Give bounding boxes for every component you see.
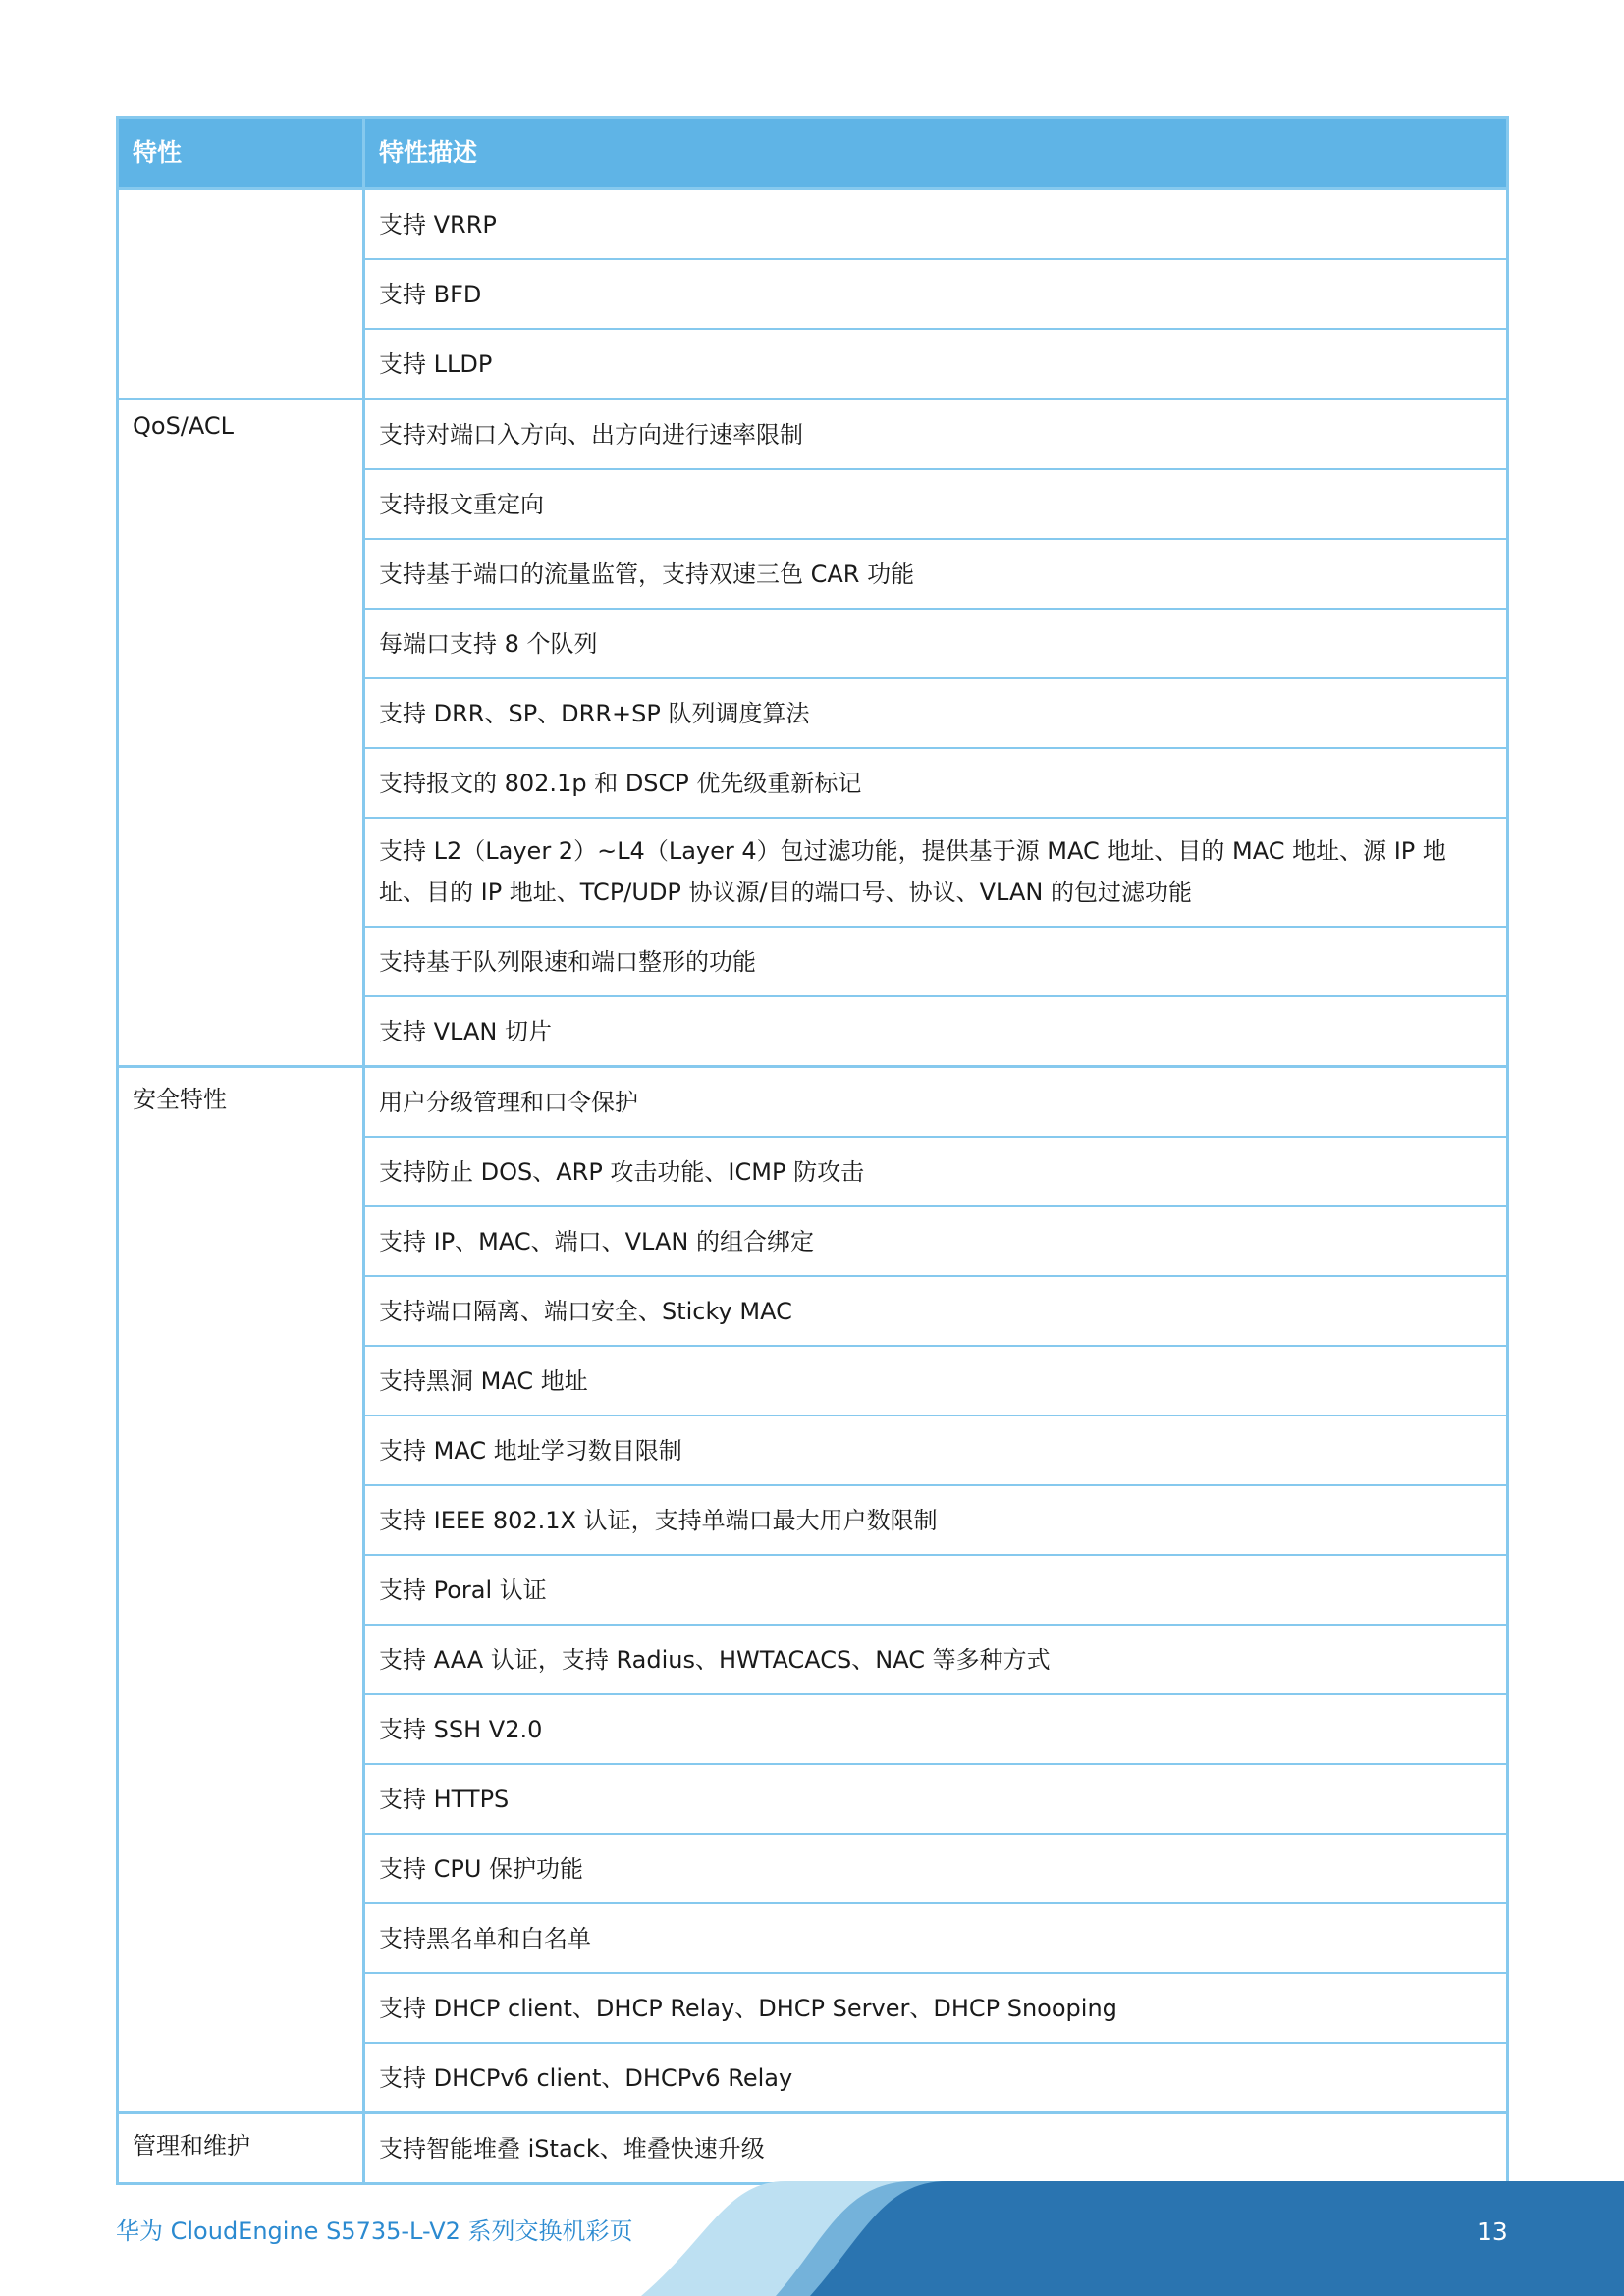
footer-document-title: 华为 CloudEngine S5735-L-V2 系列交换机彩页	[116, 2212, 633, 2246]
feature-name: QoS/ACL	[119, 400, 365, 1065]
feature-description-row: 支持 BFD	[365, 260, 1506, 330]
feature-group: QoS/ACL支持对端口入方向、出方向进行速率限制支持报文重定向支持基于端口的流…	[119, 400, 1506, 1068]
feature-description-row: 支持 CPU 保护功能	[365, 1835, 1506, 1904]
feature-name: 安全特性	[119, 1068, 365, 2111]
header-feature: 特性	[119, 119, 365, 187]
table-header: 特性 特性描述	[119, 119, 1506, 190]
feature-group: 管理和维护支持智能堆叠 iStack、堆叠快速升级	[119, 2114, 1506, 2182]
feature-description-row: 支持 MAC 地址学习数目限制	[365, 1416, 1506, 1486]
feature-description-row: 每端口支持 8 个队列	[365, 610, 1506, 679]
feature-description-row: 支持对端口入方向、出方向进行速率限制	[365, 400, 1506, 470]
feature-description-row: 支持 L2（Layer 2）~L4（Layer 4）包过滤功能，提供基于源 MA…	[365, 819, 1506, 928]
feature-description-row: 支持 VRRP	[365, 190, 1506, 260]
feature-description-row: 用户分级管理和口令保护	[365, 1068, 1506, 1138]
feature-group: 安全特性用户分级管理和口令保护支持防止 DOS、ARP 攻击功能、ICMP 防攻…	[119, 1068, 1506, 2114]
feature-description-row: 支持端口隔离、端口安全、Sticky MAC	[365, 1277, 1506, 1347]
feature-description-row: 支持 DRR、SP、DRR+SP 队列调度算法	[365, 679, 1506, 749]
feature-name: 管理和维护	[119, 2114, 365, 2182]
header-description: 特性描述	[365, 119, 477, 187]
feature-description-row: 支持基于队列限速和端口整形的功能	[365, 928, 1506, 997]
feature-name	[119, 190, 365, 398]
feature-description-row: 支持 IEEE 802.1X 认证，支持单端口最大用户数限制	[365, 1486, 1506, 1556]
feature-description-row: 支持报文的 802.1p 和 DSCP 优先级重新标记	[365, 749, 1506, 819]
feature-description-row: 支持报文重定向	[365, 470, 1506, 540]
feature-description-row: 支持 IP、MAC、端口、VLAN 的组合绑定	[365, 1207, 1506, 1277]
feature-description-row: 支持 HTTPS	[365, 1765, 1506, 1835]
feature-description-row: 支持黑洞 MAC 地址	[365, 1347, 1506, 1416]
feature-description-row: 支持 DHCPv6 client、DHCPv6 Relay	[365, 2044, 1506, 2111]
feature-description-row: 支持 DHCP client、DHCP Relay、DHCP Server、DH…	[365, 1974, 1506, 2044]
page-number: 13	[1477, 2217, 1508, 2246]
feature-description-row: 支持防止 DOS、ARP 攻击功能、ICMP 防攻击	[365, 1138, 1506, 1207]
feature-description-row: 支持 VLAN 切片	[365, 997, 1506, 1065]
feature-group: 支持 VRRP支持 BFD支持 LLDP	[119, 190, 1506, 400]
feature-table: 特性 特性描述 支持 VRRP支持 BFD支持 LLDPQoS/ACL支持对端口…	[116, 116, 1509, 2185]
feature-description-row: 支持 Poral 认证	[365, 1556, 1506, 1626]
feature-description-row: 支持 LLDP	[365, 330, 1506, 398]
feature-description-row: 支持黑名单和白名单	[365, 1904, 1506, 1974]
feature-description-row: 支持 AAA 认证，支持 Radius、HWTACACS、NAC 等多种方式	[365, 1626, 1506, 1695]
feature-description-row: 支持 SSH V2.0	[365, 1695, 1506, 1765]
feature-description-row: 支持智能堆叠 iStack、堆叠快速升级	[365, 2114, 1506, 2182]
feature-description-row: 支持基于端口的流量监管，支持双速三色 CAR 功能	[365, 540, 1506, 610]
